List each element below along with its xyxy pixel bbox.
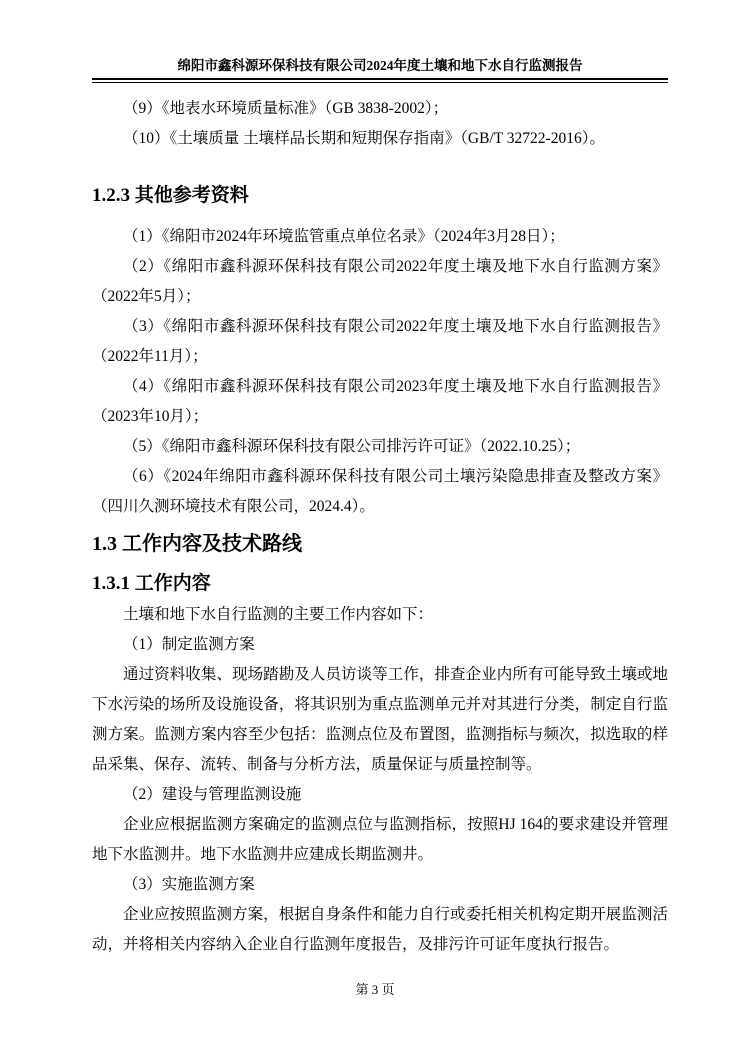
reference-item: （2）《绵阳市鑫科源环保科技有限公司2022年度土壤及地下水自行监测方案》（20… [92,252,668,312]
reference-item: （6）《2024年绵阳市鑫科源环保科技有限公司土壤污染隐患排查及整改方案》（四川… [92,462,668,522]
reference-item: （9）《地表水环境质量标准》（GB 3838-2002）； [92,94,668,124]
body-paragraph: 企业应根据监测方案确定的监测点位与监测指标，按照HJ 164的要求建设并管理地下… [92,810,668,870]
page-number-footer: 第 3 页 [0,981,750,999]
body-paragraph: 通过资料收集、现场踏勘及人员访谈等工作，排查企业内所有可能导致土壤或地下水污染的… [92,660,668,780]
section-heading-1-3: 1.3 工作内容及技术路线 [92,528,668,560]
page-header-title: 绵阳市鑫科源环保科技有限公司2024年度土壤和地下水自行监测报告 [92,57,668,75]
reference-item: （4）《绵阳市鑫科源环保科技有限公司2023年度土壤及地下水自行监测报告》（20… [92,372,668,432]
reference-item: （1）《绵阳市2024年环境监管重点单位名录》（2024年3月28日）； [92,222,668,252]
reference-item: （10）《土壤质量 土壤样品长期和短期保存指南》（GB/T 32722-2016… [92,124,668,154]
reference-item: （5）《绵阳市鑫科源环保科技有限公司排污许可证》（2022.10.25）； [92,432,668,462]
body-paragraph: （1）制定监测方案 [92,630,668,660]
document-page: 绵阳市鑫科源环保科技有限公司2024年度土壤和地下水自行监测报告 （9）《地表水… [0,0,750,1060]
body-paragraph: （2）建设与管理监测设施 [92,780,668,810]
reference-item: （3）《绵阳市鑫科源环保科技有限公司2022年度土壤及地下水自行监测报告》（20… [92,312,668,372]
section-heading-1-2-3: 1.2.3 其他参考资料 [92,180,668,212]
header-divider-rule [92,78,668,83]
body-paragraph: （3）实施监测方案 [92,870,668,900]
document-body: （9）《地表水环境质量标准》（GB 3838-2002）； （10）《土壤质量 … [92,94,668,960]
section-heading-1-3-1: 1.3.1 工作内容 [92,568,668,600]
body-paragraph: 企业应按照监测方案，根据自身条件和能力自行或委托相关机构定期开展监测活动，并将相… [92,900,668,960]
body-paragraph: 土壤和地下水自行监测的主要工作内容如下： [92,600,668,630]
